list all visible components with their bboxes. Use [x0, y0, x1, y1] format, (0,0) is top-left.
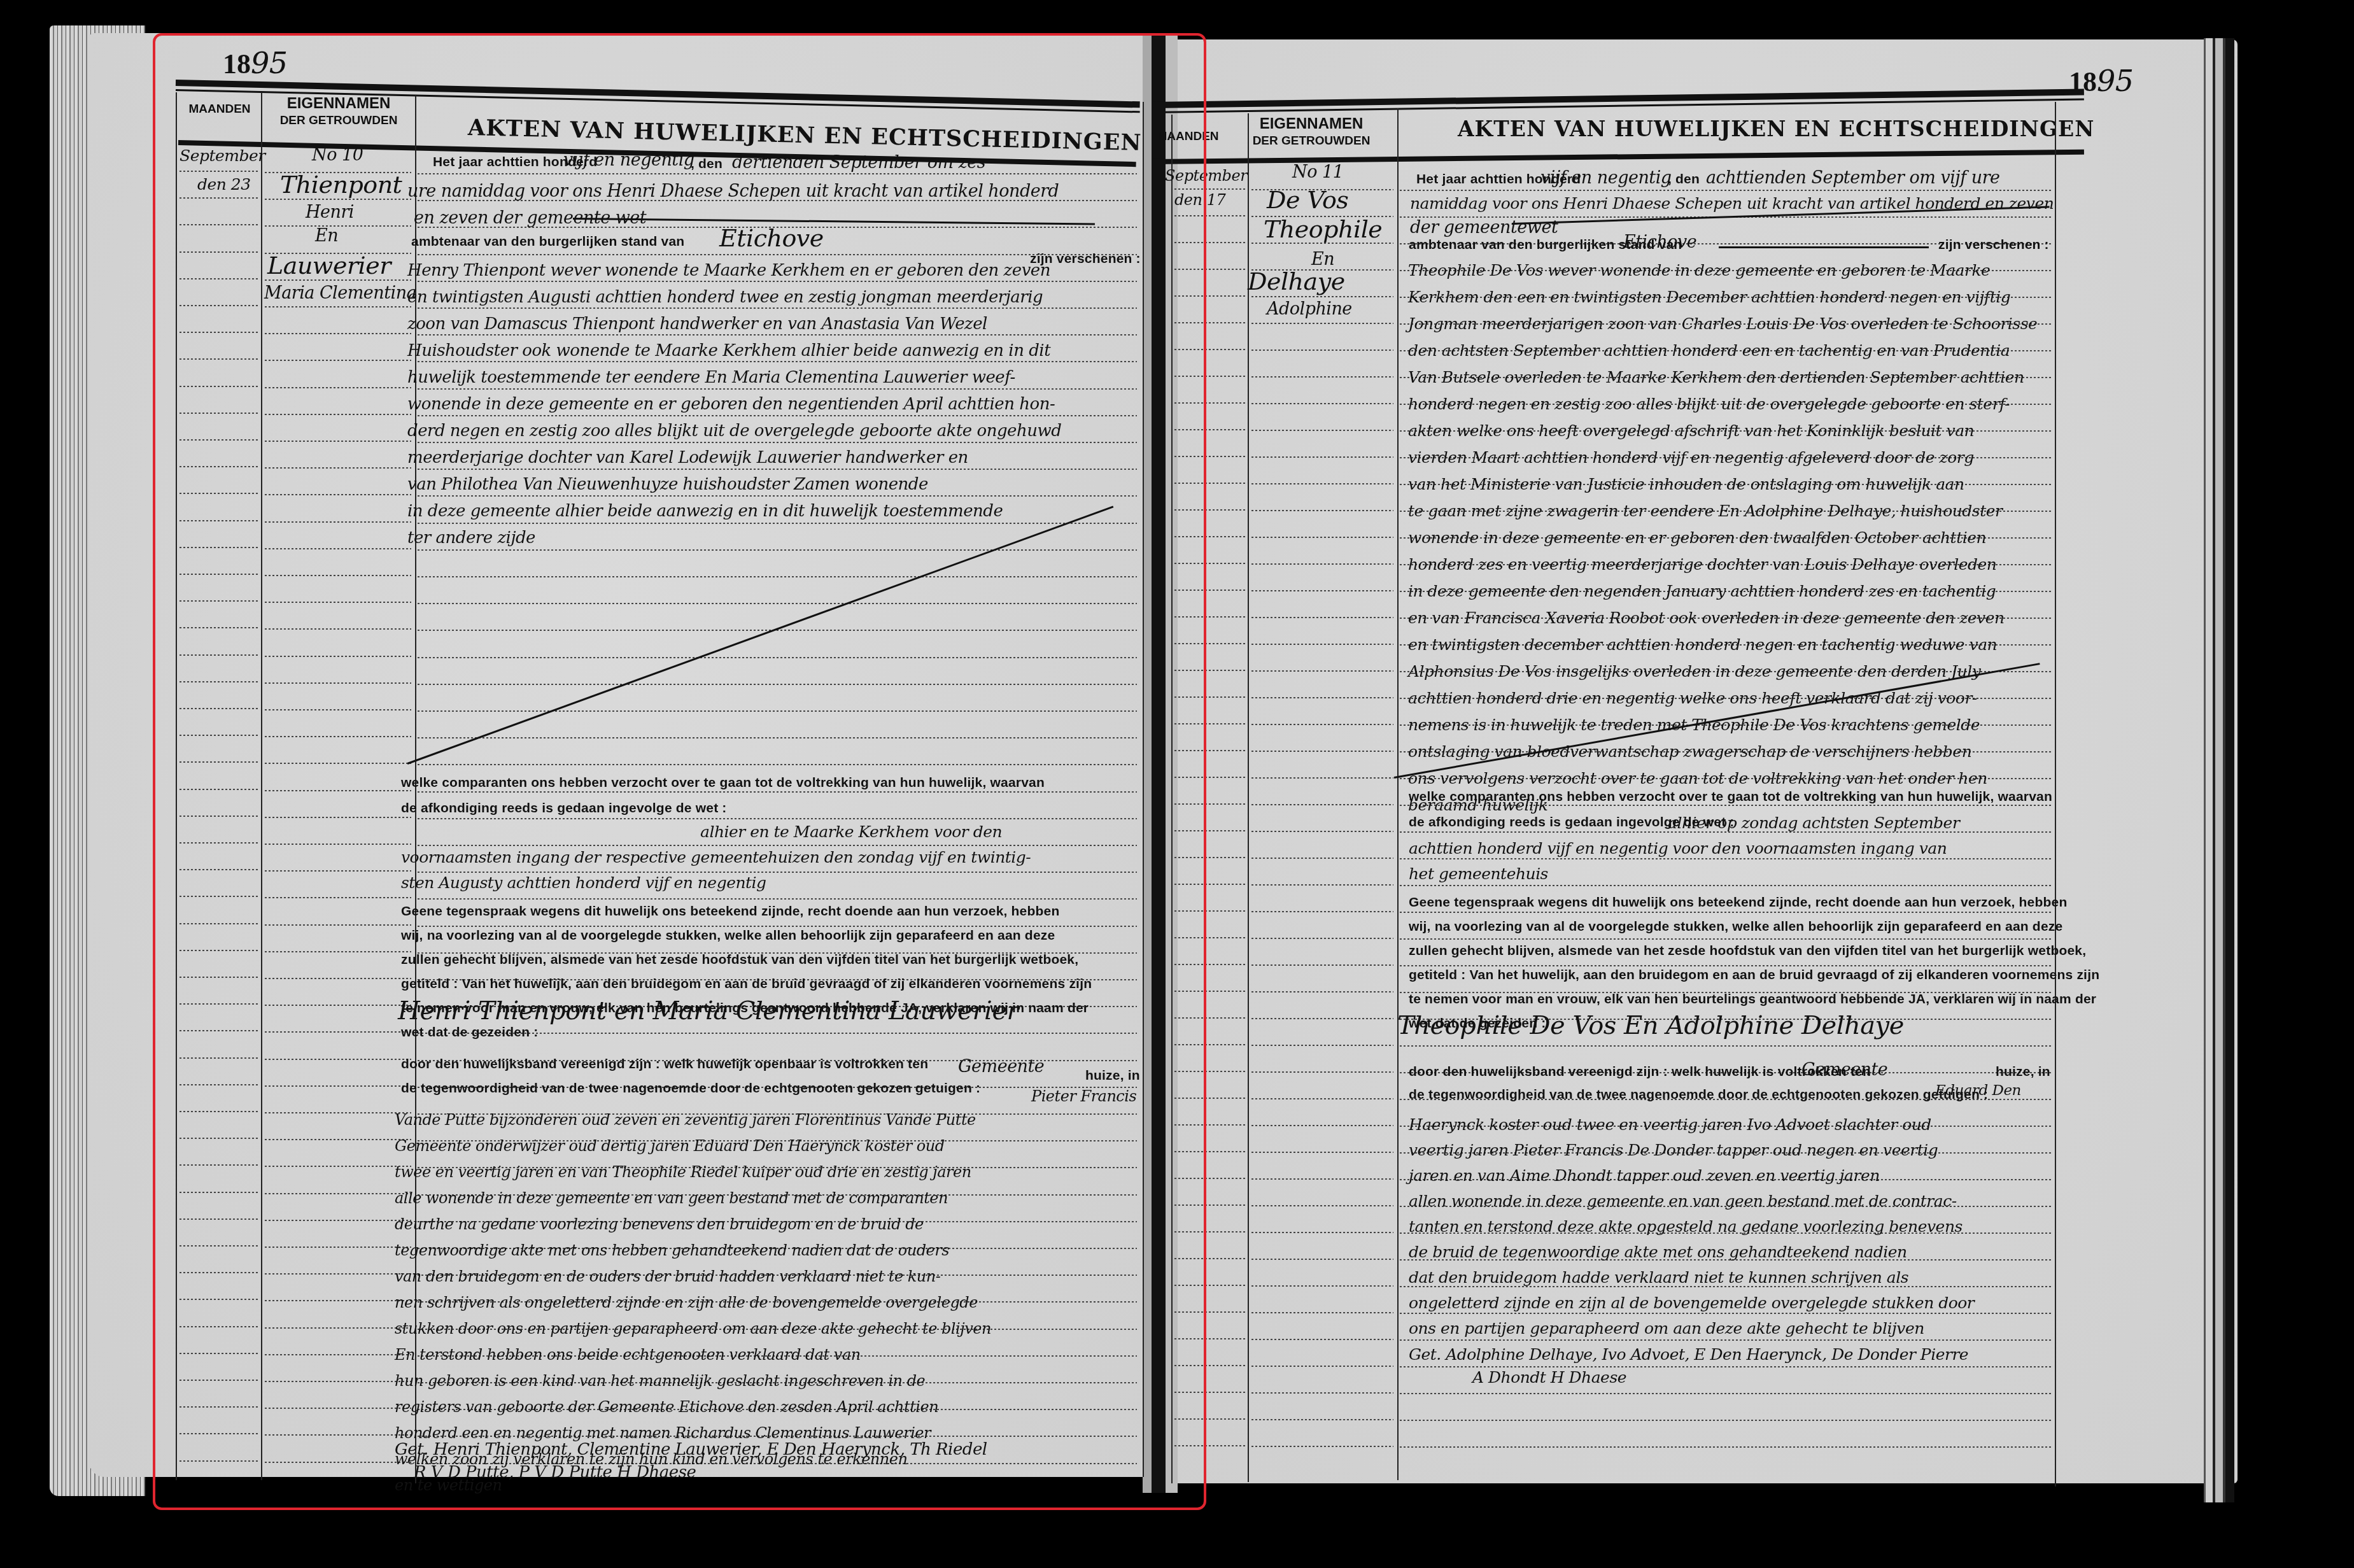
ruled-line: [180, 1164, 260, 1166]
body-line: ter andere zijde: [407, 528, 535, 547]
ruled-line: [418, 523, 1137, 524]
ruled-line: [1251, 938, 1393, 939]
couple-names-right: Theophile De Vos En Adolphine Delhaye: [1397, 1011, 1904, 1040]
ruled-line: [418, 388, 1137, 390]
form-c-place: Gemeente: [958, 1057, 1044, 1077]
ruled-line: [265, 790, 411, 791]
ruled-line: [180, 547, 260, 548]
ruled-line: [265, 1220, 411, 1221]
col-divider-1: [176, 92, 177, 1480]
ruled-line: [1174, 269, 1246, 270]
intro-year: vijf en negentig: [563, 150, 694, 170]
form-c1-end-right: huize, in: [1996, 1064, 2050, 1080]
col-names-label-2: DER GETROUWDEN: [262, 113, 415, 129]
ruled-line: [180, 1272, 260, 1273]
ruled-line: [1251, 911, 1393, 912]
ruled-line: [1251, 884, 1393, 886]
afkondiging-hand: voornaamsten ingang der respective gemee…: [401, 848, 1031, 866]
ruled-line: [1251, 1178, 1393, 1180]
year-printed: 18: [223, 48, 251, 80]
ruled-line: [1174, 616, 1246, 618]
intro-date: dertienden September om zes: [732, 153, 985, 173]
ruled-line: [1174, 1151, 1246, 1152]
ruled-line: [180, 466, 260, 467]
ruled-line: [1174, 1017, 1246, 1019]
ruled-line: [1400, 1366, 2051, 1367]
body-line: Alphonsius De Vos insgelijks overleden i…: [1408, 662, 1980, 681]
ruled-line: [418, 710, 1137, 712]
body-line: Jongman meerderjarigen zoon van Charles …: [1408, 314, 2037, 333]
ruled-line: [265, 1166, 411, 1167]
ruled-line: [180, 1380, 260, 1381]
ruled-line: [1174, 349, 1246, 350]
ruled-line: [180, 1084, 260, 1085]
col-head-names: EIGENNAMEN DER GETROUWDEN: [262, 94, 415, 129]
ruled-line: [180, 224, 260, 225]
ruled-line: [265, 1112, 411, 1113]
ruled-line: [1251, 1098, 1393, 1099]
body-line: achttien honderd drie en negentig welke …: [1408, 689, 1977, 707]
ruled-line: [265, 521, 411, 523]
act-number-right: No 11: [1292, 162, 1343, 182]
ruled-line: [180, 681, 260, 682]
body-line: derd negen en zestig zoo alles blijkt ui…: [407, 421, 1061, 441]
witness-line: hun geboren is een kind van het mannelij…: [395, 1372, 925, 1390]
register-year: 1895: [223, 46, 288, 80]
body-line: zoon van Damascus Thienpont handwerker e…: [407, 314, 987, 334]
form-b-line: wij, na voorlezing van al de voorgelegde…: [1409, 919, 2062, 935]
ruled-line: [180, 1353, 260, 1354]
ruled-line: [1174, 242, 1246, 243]
ruled-line: [265, 575, 411, 576]
ruled-line: [180, 305, 260, 306]
ruled-line: [180, 1218, 260, 1220]
ruled-line: [1251, 350, 1393, 351]
col-divider-r1: [1171, 115, 1173, 1483]
body-line: honderd zes en veertig meerderjarige doc…: [1408, 555, 1996, 574]
body-line: en twintigsten december achttien honderd…: [1408, 635, 1997, 654]
ruled-line: [1174, 1204, 1246, 1206]
ruled-line: [1174, 536, 1246, 537]
form-b-line: getiteld : Van het huwelijk, aan den bru…: [1409, 968, 2099, 983]
signature-line: Get. Adolphine Delhaye, Ivo Advoet, E De…: [1409, 1345, 1968, 1364]
ruled-line: [418, 818, 1137, 819]
ruled-line: [418, 791, 1137, 793]
ruled-line: [1400, 1393, 2051, 1394]
ruled-line: [265, 333, 411, 334]
ruled-line: [418, 845, 1137, 846]
ruled-line: [265, 1300, 411, 1301]
ruled-line: [265, 1085, 411, 1087]
ruled-line: [265, 1059, 411, 1060]
ruled-line: [265, 494, 411, 495]
form-b-line: wij, na voorlezing van al de voorgelegde…: [401, 928, 1055, 943]
ruled-line: [1174, 590, 1246, 591]
col-names-label-1-right: EIGENNAMEN: [1238, 115, 1385, 134]
ruled-line: [180, 600, 260, 602]
ruled-line: [1251, 751, 1393, 752]
verschenen-text-right: zijn verschenen :: [1938, 237, 2049, 253]
ruled-line: [1251, 1419, 1393, 1420]
act-number: No 10: [312, 145, 363, 165]
col-names-label-1: EIGENNAMEN: [262, 94, 415, 113]
ruled-line: [418, 764, 1137, 765]
ruled-line: [265, 897, 411, 898]
ruled-line: [1251, 483, 1393, 484]
ruled-line: [418, 173, 1137, 174]
afkondiging-hand: het gemeentehuis: [1409, 865, 1548, 883]
ruled-line: [180, 1299, 260, 1300]
ruled-line: [1251, 537, 1393, 538]
ruled-line: [180, 761, 260, 763]
form-c2-right: de tegenwoordigheid van de twee nagenoem…: [1409, 1087, 1988, 1103]
ruled-line: [1174, 830, 1246, 831]
witness-line: honderd een en negentig met namen Richar…: [395, 1424, 931, 1442]
groom-surname-right: De Vos: [1267, 186, 1348, 214]
witness-line: tegenwoordige akte met ons hebben gehand…: [395, 1241, 949, 1259]
signature-line: Get. Henri Thienpont, Clementine Lauweri…: [395, 1440, 987, 1459]
ruled-line: [1400, 885, 2051, 886]
bride-given: Maria Clementina: [264, 283, 416, 303]
ruled-line: [1174, 696, 1246, 698]
form-c-place-right: Gemeente: [1801, 1060, 1887, 1080]
body-line: Henry Thienpont wever wonende te Maarke …: [407, 261, 1050, 280]
ruled-line: [1251, 1366, 1393, 1367]
witness-line: jaren en van Aime Dhondt tapper oud zeve…: [1409, 1166, 1880, 1185]
ruled-line: [180, 923, 260, 924]
fill-line-place-right: [1719, 246, 1929, 248]
form-b-line: zullen gehecht blijven, alsmede van het …: [1409, 943, 2086, 959]
ruled-line: [265, 1031, 411, 1033]
ruled-line: [265, 763, 411, 764]
groom-given: Henri: [306, 202, 354, 222]
ruled-line: [1400, 1420, 2051, 1421]
intro-year-right: vijf en negentig: [1540, 168, 1672, 188]
ruled-line: [1251, 1152, 1393, 1153]
form-c2: de tegenwoordigheid van de twee nagenoem…: [401, 1081, 980, 1096]
ruled-line: [180, 251, 260, 253]
ruled-line: [418, 684, 1137, 685]
entry-day-right: den 17: [1174, 191, 1225, 209]
ruled-line: [1251, 1232, 1393, 1233]
body-line: wonende in deze gemeente en er geboren d…: [407, 395, 1055, 414]
witness-line: Haerynck koster oud twee en veertig jare…: [1409, 1115, 1931, 1134]
ruled-line: [1251, 1018, 1393, 1019]
ruled-line: [1174, 670, 1246, 671]
ruled-line: [180, 171, 260, 172]
form-b-line: Geene tegenspraak wegens dit huwelijk on…: [1409, 895, 2067, 910]
ruled-line: [265, 467, 411, 469]
ruled-line: [1174, 884, 1246, 885]
body-line: akten welke ons heeft overgelegd afschri…: [1408, 421, 1974, 440]
ruled-line: [418, 442, 1137, 443]
form-a-line: welke comparanten ons hebben verzocht ov…: [401, 775, 1045, 791]
ruled-line: [265, 844, 411, 845]
entry-day: den 23: [197, 175, 251, 194]
ruled-line: [418, 415, 1137, 416]
ruled-line: [418, 603, 1137, 604]
intro-line-2: ure namiddag voor ons Henri Dhaese Schep…: [407, 181, 1059, 201]
ruled-line: [180, 439, 260, 441]
ruled-line: [265, 602, 411, 603]
ruled-line: [180, 1433, 260, 1434]
body-line: meerderjarige dochter van Karel Lodewijk…: [407, 448, 968, 467]
ruled-line: [1174, 1445, 1246, 1446]
col-head-names-right: EIGENNAMEN DER GETROUWDEN: [1238, 115, 1385, 149]
ruled-line: [1251, 590, 1393, 591]
ruled-line: [1251, 831, 1393, 832]
col-divider-r2: [1248, 113, 1249, 1482]
bride-given-right: Adolphine: [1267, 299, 1352, 319]
intro-den-right: , den: [1668, 172, 1700, 187]
witness-line: nen schrijven als ongeletterd zijnde en …: [395, 1294, 978, 1311]
ruled-line: [1251, 1446, 1393, 1447]
ruled-line: [418, 254, 1137, 255]
ruled-line: [1174, 1311, 1246, 1313]
body-line: ons vervolgens verzocht over te gaan tot…: [1408, 769, 1987, 788]
ruled-line: [1251, 777, 1393, 779]
ruled-line: [180, 1030, 260, 1031]
book-page-edges-right: [2204, 38, 2234, 1502]
ruled-line: [418, 307, 1137, 309]
ruled-line: [1174, 857, 1246, 858]
ruled-line: [1174, 188, 1246, 190]
ruled-line: [265, 1273, 411, 1275]
ruled-line: [180, 358, 260, 360]
witness-line: stukken door ons en partijen geparapheer…: [395, 1320, 991, 1338]
ruled-line: [180, 1460, 260, 1462]
ruled-line: [1400, 190, 2051, 191]
witness-line: van den bruidegom en de ouders der bruid…: [395, 1268, 940, 1285]
witness-line: alle wonende in deze gemeente en van gee…: [395, 1189, 948, 1207]
ruled-line: [180, 386, 260, 387]
ruled-line: [1251, 456, 1393, 458]
ruled-line: [265, 1139, 411, 1140]
body-line: Kerkhem den een en twintigsten December …: [1408, 288, 2010, 306]
ruled-line: [1174, 910, 1246, 912]
ruled-line: [1174, 563, 1246, 564]
ruled-line: [1251, 403, 1393, 404]
ruled-line: [1174, 402, 1246, 404]
col-divider-4: [1143, 102, 1144, 1477]
year-handwritten: 95: [251, 46, 288, 80]
col-months-label-right: MAANDEN: [1157, 130, 1218, 143]
ruled-line: [1174, 429, 1246, 430]
ruled-line: [265, 387, 411, 388]
witness-line: twee en veertig jaren en van Theophile R…: [395, 1163, 971, 1181]
ruled-line: [1174, 1338, 1246, 1339]
ruled-line: [1174, 376, 1246, 377]
signature-line: R V D Putte, P V D Putte H Dhaese: [414, 1463, 696, 1482]
ruled-line: [180, 332, 260, 333]
ruled-line: [180, 896, 260, 897]
ruled-line: [180, 950, 260, 951]
ruled-line: [180, 869, 260, 870]
ruled-line: [180, 735, 260, 736]
ruled-line: [418, 898, 1137, 900]
ruled-line: [1174, 803, 1246, 805]
ruled-line: [1251, 376, 1393, 378]
entry-month: September: [180, 146, 265, 165]
form-b-line: Geene tegenspraak wegens dit huwelijk on…: [401, 904, 1059, 919]
ruled-line: [1174, 750, 1246, 751]
ruled-line: [180, 816, 260, 817]
ruled-line: [1174, 1285, 1246, 1286]
ruled-line: [1174, 991, 1246, 992]
form-c2-hand-right: Eduard Den: [1935, 1082, 2021, 1099]
intro-date-right: achttienden September om vijf ure: [1706, 168, 2000, 188]
ruled-line: [180, 574, 260, 575]
ruled-line: [180, 842, 260, 844]
ruled-line: [1174, 1071, 1246, 1072]
col-head-months-right: MAANDEN: [1152, 129, 1223, 145]
ruled-line: [265, 1462, 411, 1463]
ruled-line: [180, 493, 260, 494]
col-months-label: MAANDEN: [188, 102, 250, 116]
ruled-line: [180, 413, 260, 414]
ruled-line: [1174, 1098, 1246, 1099]
ruled-line: [418, 576, 1137, 577]
ruled-line: [265, 1327, 411, 1329]
ruled-line: [1251, 697, 1393, 698]
ruled-line: [265, 1193, 411, 1194]
ruled-line: [265, 414, 411, 415]
ruled-line: [265, 199, 411, 200]
body-line: huwelijk toestemmende ter eendere En Mar…: [407, 368, 1015, 387]
ruled-line: [180, 1192, 260, 1193]
form-b-line: zullen gehecht blijven, alsmede van het …: [401, 952, 1078, 968]
ruled-line: [418, 281, 1137, 282]
ruled-line: [265, 978, 411, 979]
ruled-line: [180, 1138, 260, 1139]
ruled-line: [1251, 804, 1393, 805]
ruled-line: [180, 977, 260, 978]
form-c1: door den huwelijksband vereenigd zijn : …: [401, 1057, 928, 1072]
ruled-line: [1251, 617, 1393, 618]
ruled-line: [418, 495, 1137, 497]
year-handwritten-right: 95: [2097, 64, 2134, 98]
ruled-line: [1251, 1392, 1393, 1394]
entry-month-right: September: [1165, 167, 1247, 185]
body-line: ontslaging van bloedverwantschap zwagers…: [1408, 742, 1971, 761]
body-line: vierden Maart achttien honderd vijf en n…: [1408, 448, 1974, 467]
ruled-line: [1400, 1446, 2051, 1448]
ruled-line: [1174, 1418, 1246, 1420]
ruled-line: [1174, 509, 1246, 511]
ruled-line: [1174, 483, 1246, 484]
ruled-line: [1400, 938, 2051, 940]
ruled-line: [1174, 1178, 1246, 1179]
ruled-line: [1174, 777, 1246, 778]
witness-line: Gemeente onderwijzer oud dertig jaren Ed…: [395, 1137, 945, 1155]
body-line: Huishoudster ook wonende te Maarke Kerkh…: [407, 341, 1050, 360]
ruled-line: [1174, 964, 1246, 965]
body-line: den achtsten September achttien honderd …: [1408, 341, 2010, 360]
couple-names: Henri Thienpont en Maria Clementina Lauw…: [398, 996, 1018, 1026]
ruled-line: [265, 951, 411, 952]
ruled-line: [265, 736, 411, 737]
ruled-line: [1251, 670, 1393, 672]
ambtenaar-text: ambtenaar van den burgerlijken stand van: [411, 234, 684, 250]
ruled-line: [1174, 723, 1246, 724]
ruled-line: [265, 306, 411, 307]
ruled-line: [1174, 937, 1246, 938]
ruled-line: [1174, 1365, 1246, 1366]
conjunction-right: En: [1311, 250, 1334, 269]
witness-line: Vande Putte bijzonderen oud zeven en zev…: [395, 1111, 976, 1129]
ruled-line: [265, 1434, 411, 1436]
ruled-line: [265, 682, 411, 684]
ruled-line: [1400, 1313, 2051, 1314]
ruled-line: [1400, 912, 2051, 913]
ruled-line: [1251, 323, 1393, 324]
ruled-line: [180, 197, 260, 199]
form-a-line: de afkondiging reeds is gedaan ingevolge…: [401, 801, 727, 816]
ruled-line: [180, 1003, 260, 1005]
body-line: in deze gemeente alhier beide aanwezig e…: [407, 502, 1003, 521]
ruled-line: [1251, 964, 1393, 966]
ruled-line: [265, 709, 411, 710]
ruled-line: [265, 279, 411, 281]
conjunction: En: [315, 226, 338, 246]
ruled-line: [1251, 1045, 1393, 1046]
ruled-line: [180, 1057, 260, 1059]
col-head-months: MAANDEN: [178, 102, 261, 117]
witness-line: veertig jaren Pieter Francis De Donder t…: [1409, 1141, 1938, 1159]
ruled-line: [265, 1354, 411, 1355]
ruled-line: [180, 789, 260, 790]
ruled-line: [418, 361, 1137, 362]
ruled-line: [1251, 724, 1393, 725]
col-names-label-2-right: DER GETROUWDEN: [1238, 134, 1385, 149]
ruled-line: [418, 872, 1137, 873]
ruled-line: [418, 549, 1137, 551]
ruled-line: [1174, 215, 1246, 216]
body-line: te gaan met zijne zwagerin ter eendere E…: [1408, 502, 2003, 520]
form-b-line: getiteld : Van het huwelijk, aan den bru…: [401, 977, 1092, 992]
afkondiging-hand: achttien honderd vijf en negentig voor d…: [1409, 839, 1947, 858]
form-c1-end: huize, in: [1085, 1068, 1140, 1084]
ruled-line: [265, 1005, 411, 1006]
ruled-line: [1174, 1392, 1246, 1393]
ruled-line: [1251, 991, 1393, 992]
ruled-line: [265, 1408, 411, 1409]
body-line: en twintigsten Augusti achttien honderd …: [407, 288, 1043, 307]
intro-den: , den: [691, 157, 722, 172]
ruled-line: [418, 334, 1137, 335]
signature-line: A Dhondt H Dhaese: [1472, 1368, 1626, 1387]
form-b-line: wet dat de gezeiden :: [401, 1025, 538, 1040]
ruled-line: [1251, 430, 1393, 431]
ambtenaar-place: Etichove: [719, 224, 824, 252]
ruled-line: [265, 1381, 411, 1382]
ruled-line: [1251, 510, 1393, 511]
form-b-line: te nemen voor man en vrouw, elk van hen …: [1409, 992, 2096, 1007]
ruled-line: [1174, 643, 1246, 644]
ruled-line: [418, 469, 1137, 470]
ruled-line: [1251, 644, 1393, 645]
form-c2-hand: Pieter Francis: [1031, 1087, 1136, 1105]
bride-surname-right: Delhaye: [1248, 267, 1345, 295]
ruled-line: [180, 654, 260, 656]
ruled-line: [1400, 1045, 2051, 1047]
ruled-line: [1174, 1124, 1246, 1126]
body-line: honderd negen en zestig zoo alles blijkt…: [1408, 395, 2010, 413]
body-line: Van Butsele overleden te Maarke Kerkhem …: [1408, 368, 2024, 386]
intro-line-3-right: der gemeentewet: [1410, 218, 1558, 237]
afkondiging-hand: alhier op zondag achtsten September: [1668, 814, 1959, 832]
witness-line: En terstond hebben ons beide echtgenoote…: [395, 1346, 861, 1364]
